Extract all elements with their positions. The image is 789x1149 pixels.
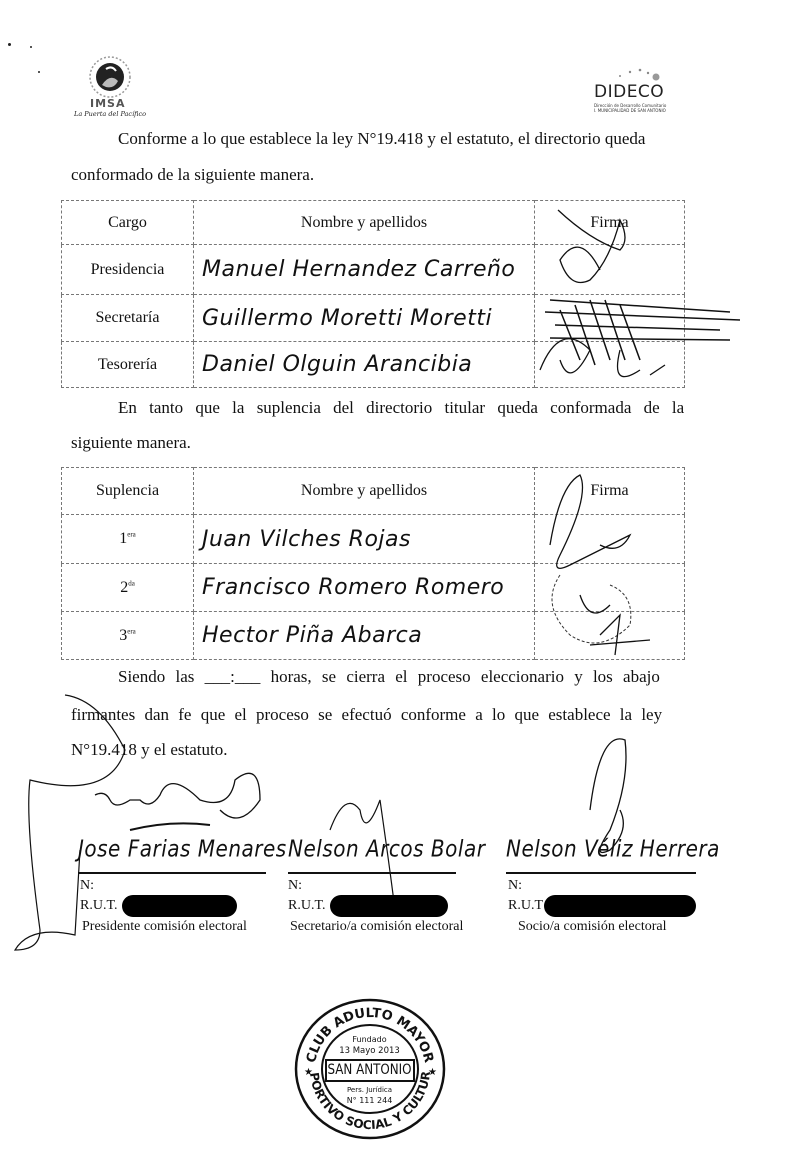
cargo-cell: Tesorería [62,342,194,388]
nombre-cell: Hector Piña Abarca [194,612,535,660]
nombre-cell: Daniel Olguin Arancibia [194,342,535,388]
signatory-1: Jose Farias Menares [78,838,287,862]
club-stamp: CLUB ADULTO MAYOR DEPORTIVO SOCIAL Y CUL… [292,995,447,1140]
imsa-logo: IMSA La Puerta del Pacífico [62,55,157,121]
dideco-logo: DIDECO Dirección de Desarrollo Comunitar… [588,62,688,120]
n-label: N: [288,878,302,894]
signatory-name: Nelson Véliz Herrera [506,834,720,862]
n-label: N: [80,878,94,894]
signatory-role: Presidente comisión electoral [82,919,247,935]
suplencia-intro-line-2: siguiente manera. [71,434,191,451]
handwritten-name: Daniel Olguin Arancibia [202,352,472,377]
scan-speck [30,46,32,48]
directorio-signatures [530,200,770,400]
rut-label: R.U.T. [288,898,325,914]
stamp-pj-label: Pers. Jurídica [292,1086,447,1094]
handwritten-name: Francisco Romero Romero [202,575,504,600]
signatory-role: Socio/a comisión electoral [518,919,667,935]
n-label: N: [508,878,522,894]
redacted-rut [122,895,237,917]
rut-label: R.U.T. [80,898,117,914]
intro-line-2: conformado de la siguiente manera. [71,166,314,183]
nombre-cell: Manuel Hernandez Carreño [194,245,535,295]
dideco-acronym: DIDECO [594,82,664,102]
header-nombre: Nombre y apellidos [194,201,535,245]
nombre-cell: Guillermo Moretti Moretti [194,295,535,342]
cargo-cell: Presidencia [62,245,194,295]
header-nombre: Nombre y apellidos [194,468,535,515]
time-blank: ___:___ [205,667,261,686]
handwritten-name: Hector Piña Abarca [202,623,422,648]
scan-speck [8,43,11,46]
dideco-subtitle: Dirección de Desarrollo Comunitario I. M… [594,103,666,113]
signature-line [506,872,696,874]
intro-line-1: Conforme a lo que establece la ley N°19.… [118,130,645,147]
nombre-cell: Francisco Romero Romero [194,564,535,612]
imsa-acronym: IMSA [90,97,125,110]
header-cargo: Cargo [62,201,194,245]
scan-speck [38,71,40,73]
handwritten-name: Juan Vilches Rojas [202,527,411,552]
handwritten-name: Manuel Hernandez Carreño [202,257,515,282]
suplencia-signatures [520,465,700,665]
stamp-pj-number: N° 111 244 [292,1096,447,1105]
suplencia-cell: 2da [62,564,194,612]
imsa-tagline: La Puerta del Pacífico [74,110,146,118]
stamp-city: SAN ANTONIO [304,1062,436,1078]
nombre-cell: Juan Vilches Rojas [194,515,535,564]
rut-label: R.U.T [508,898,543,914]
closing-line-1: Siendo las ___:___ horas, se cierra el p… [118,668,660,685]
signatory-2: Nelson Arcos Bolar [288,838,485,862]
suplencia-intro-line-1: En tanto que la suplencia del directorio… [118,399,684,416]
header-suplencia: Suplencia [62,468,194,515]
suplencia-cell: 3era [62,612,194,660]
stamp-founded-date: 13 Mayo 2013 [292,1046,447,1056]
signature-line [78,872,266,874]
signatory-name: Nelson Arcos Bolar [288,834,485,862]
cargo-cell: Secretaría [62,295,194,342]
signature-line [288,872,456,874]
redacted-rut [544,895,696,917]
signatory-name: Jose Farias Menares [78,834,287,862]
signatory-3: Nelson Véliz Herrera [506,838,720,862]
stamp-founded-label: Fundado [292,1035,447,1044]
handwritten-name: Guillermo Moretti Moretti [202,306,492,331]
signatory-role: Secretario/a comisión electoral [290,919,463,935]
redacted-rut [330,895,448,917]
suplencia-cell: 1era [62,515,194,564]
